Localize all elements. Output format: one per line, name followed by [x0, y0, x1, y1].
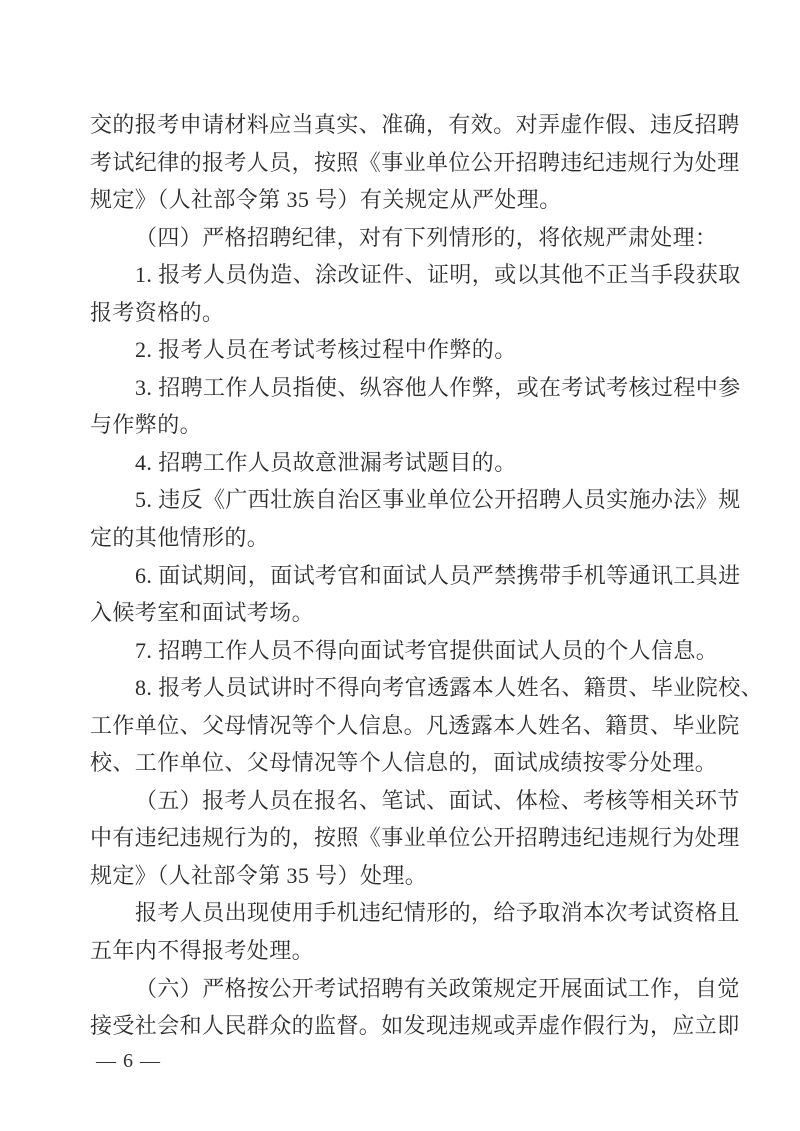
text-line: （四）严格招聘纪律，对有下列情形的，将依规严肃处理： — [90, 219, 752, 257]
text-line: 规定》（人社部令第 35 号）有关规定从严处理。 — [90, 181, 752, 219]
text-line: 5. 违反《广西壮族自治区事业单位公开招聘人员实施办法》规 — [90, 481, 752, 519]
text-line: 8. 报考人员试讲时不得向考官透露本人姓名、籍贯、毕业院校、 — [90, 669, 752, 707]
text-line: 工作单位、父母情况等个人信息。凡透露本人姓名、籍贯、毕业院 — [90, 707, 752, 745]
paragraph: 8. 报考人员试讲时不得向考官透露本人姓名、籍贯、毕业院校、工作单位、父母情况等… — [90, 669, 752, 782]
text-line: 五年内不得报考处理。 — [90, 932, 752, 970]
paragraph: 5. 违反《广西壮族自治区事业单位公开招聘人员实施办法》规定的其他情形的。 — [90, 481, 752, 556]
text-line: 定的其他情形的。 — [90, 519, 752, 557]
paragraph: （六）严格按公开考试招聘有关政策规定开展面试工作，自觉接受社会和人民群众的监督。… — [90, 970, 752, 1045]
paragraph: 6. 面试期间，面试考官和面试人员严禁携带手机等通讯工具进入候考室和面试考场。 — [90, 557, 752, 632]
text-line: 入候考室和面试考场。 — [90, 594, 752, 632]
page-number: — 6 — — [96, 1046, 161, 1076]
document-body: 交的报考申请材料应当真实、准确，有效。对弄虚作假、违反招聘考试纪律的报考人员，按… — [90, 106, 752, 1045]
paragraph: 4. 招聘工作人员故意泄漏考试题目的。 — [90, 444, 752, 482]
text-line: 2. 报考人员在考试考核过程中作弊的。 — [90, 331, 752, 369]
text-line: 接受社会和人民群众的监督。如发现违规或弄虚作假行为，应立即 — [90, 1007, 752, 1045]
text-line: 3. 招聘工作人员指使、纵容他人作弊，或在考试考核过程中参 — [90, 369, 752, 407]
text-line: 交的报考申请材料应当真实、准确，有效。对弄虚作假、违反招聘 — [90, 106, 752, 144]
paragraph: 7. 招聘工作人员不得向面试考官提供面试人员的个人信息。 — [90, 632, 752, 670]
text-line: （五）报考人员在报名、笔试、面试、体检、考核等相关环节 — [90, 782, 752, 820]
text-line: 7. 招聘工作人员不得向面试考官提供面试人员的个人信息。 — [90, 632, 752, 670]
text-line: 中有违纪违规行为的，按照《事业单位公开招聘违纪违规行为处理 — [90, 819, 752, 857]
text-line: 校、工作单位、父母情况等个人信息的，面试成绩按零分处理。 — [90, 744, 752, 782]
paragraph: 交的报考申请材料应当真实、准确，有效。对弄虚作假、违反招聘考试纪律的报考人员，按… — [90, 106, 752, 219]
text-line: 报考资格的。 — [90, 294, 752, 332]
paragraph: 2. 报考人员在考试考核过程中作弊的。 — [90, 331, 752, 369]
text-line: 报考人员出现使用手机违纪情形的，给予取消本次考试资格且 — [90, 894, 752, 932]
text-line: 1. 报考人员伪造、涂改证件、证明，或以其他不正当手段获取 — [90, 256, 752, 294]
text-line: （六）严格按公开考试招聘有关政策规定开展面试工作，自觉 — [90, 970, 752, 1008]
document-page: 交的报考申请材料应当真实、准确，有效。对弄虚作假、违反招聘考试纪律的报考人员，按… — [0, 0, 800, 1131]
text-line: 考试纪律的报考人员，按照《事业单位公开招聘违纪违规行为处理 — [90, 144, 752, 182]
paragraph: （五）报考人员在报名、笔试、面试、体检、考核等相关环节中有违纪违规行为的，按照《… — [90, 782, 752, 895]
paragraph: 1. 报考人员伪造、涂改证件、证明，或以其他不正当手段获取报考资格的。 — [90, 256, 752, 331]
paragraph: （四）严格招聘纪律，对有下列情形的，将依规严肃处理： — [90, 219, 752, 257]
text-line: 规定》（人社部令第 35 号）处理。 — [90, 857, 752, 895]
paragraph: 3. 招聘工作人员指使、纵容他人作弊，或在考试考核过程中参与作弊的。 — [90, 369, 752, 444]
paragraph: 报考人员出现使用手机违纪情形的，给予取消本次考试资格且五年内不得报考处理。 — [90, 894, 752, 969]
text-line: 与作弊的。 — [90, 406, 752, 444]
text-line: 6. 面试期间，面试考官和面试人员严禁携带手机等通讯工具进 — [90, 557, 752, 595]
text-line: 4. 招聘工作人员故意泄漏考试题目的。 — [90, 444, 752, 482]
